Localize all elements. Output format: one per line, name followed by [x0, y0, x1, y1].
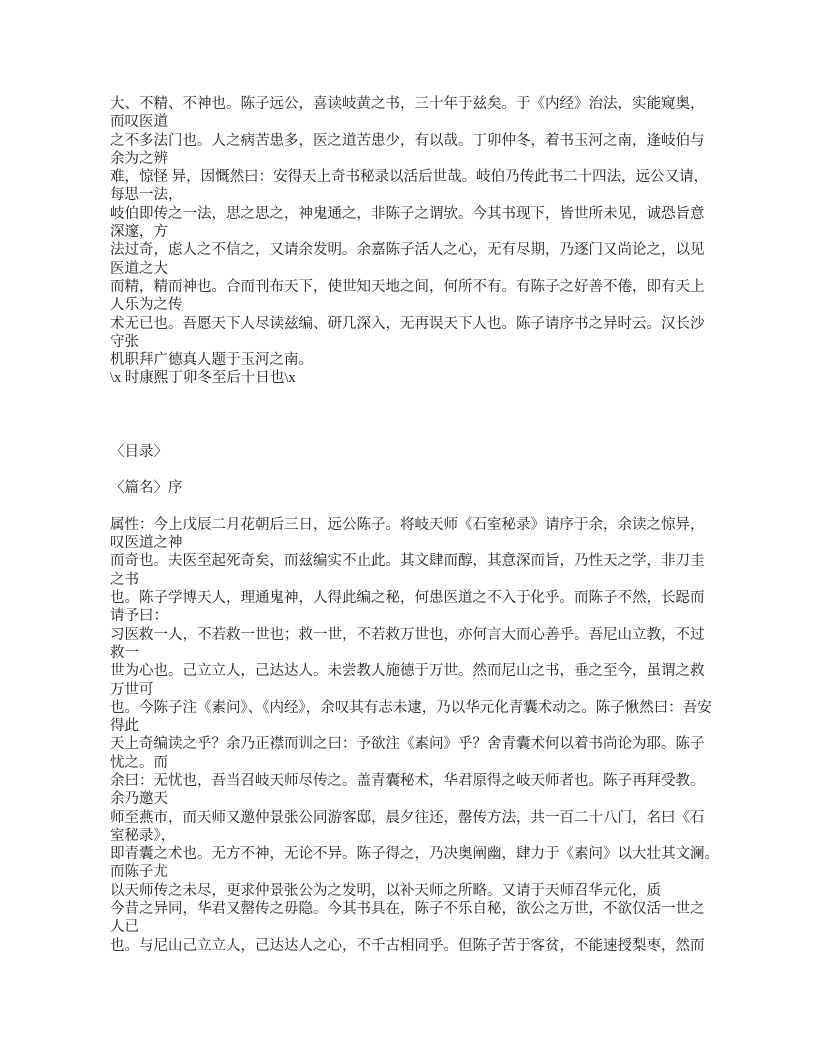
text-line: 深邃，方 — [110, 223, 750, 241]
document-page: 大、不精、不神也。陈子远公，喜读岐黄之书，三十年于兹矣。于《内经》治法，实能窥奥… — [110, 95, 750, 955]
text-line: 守张 — [110, 333, 750, 351]
text-line: 法过奇，虑人之不信之，又请余发明。余嘉陈子活人之心，无有尽期，乃逐门又尚论之，以… — [110, 241, 750, 259]
text-line: 大、不精、不神也。陈子远公，喜读岐黄之书，三十年于兹矣。于《内经》治法，实能窥奥… — [110, 95, 750, 113]
text-line: 也。陈子学博天人，理通鬼神，人得此编之秘，何患医道之不入于化乎。而陈子不然，长跽… — [110, 589, 750, 607]
text-line: 每思一法， — [110, 186, 750, 204]
text-line: 忧之。而 — [110, 754, 750, 772]
text-line: 今昔之异同，华君又罄传之毋隐。今其书具在，陈子不乐自秘，欲公之万世，不欲仅活一世… — [110, 900, 750, 918]
text-line: 得此 — [110, 717, 750, 735]
text-line: 请予曰： — [110, 607, 750, 625]
text-line: 救一 — [110, 644, 750, 662]
text-line: 习医救一人，不若救一世也；救一世，不若救万世也，亦何言大而心善乎。吾尼山立教，不… — [110, 626, 750, 644]
text-line: 之书 — [110, 571, 750, 589]
text-line: 也。与尼山己立立人，己达达人之心，不千古相同乎。但陈子苦于客贫，不能速授梨枣，然… — [110, 937, 750, 955]
text-line: 余为之辨 — [110, 150, 750, 168]
text-line: 天上奇编读之乎？余乃正襟而训之曰：予欲注《素问》乎？舍青囊术何以着书尚论为耶。陈… — [110, 735, 750, 753]
text-line: 室秘录》， — [110, 827, 750, 845]
text-line: 世为心也。己立立人，己达达人。未尝教人施德于万世。然而尼山之书，垂之至今，虽谓之… — [110, 662, 750, 680]
toc-heading: 〈目录〉 — [110, 443, 750, 461]
text-line: 叹医道之神 — [110, 534, 750, 552]
text-line: 机职拜广德真人题于玉河之南。 — [110, 351, 750, 369]
text-line: 万世可 — [110, 681, 750, 699]
text-line: \x 时康熙丁卯冬至后十日也\x — [110, 369, 750, 387]
text-line: 岐伯即传之一法，思之思之，神鬼通之，非陈子之谓欤。今其书现下，皆世所未见，诚恐旨… — [110, 205, 750, 223]
text-line: 余乃邀天 — [110, 790, 750, 808]
text-line: 而精，精而神也。合而刊布天下，使世知天地之间，何所不有。有陈子之好善不倦，即有天… — [110, 278, 750, 296]
text-line: 即青囊之术也。无方不神，无论不异。陈子得之，乃决奥阐幽，肆力于《素问》以大壮其文… — [110, 845, 750, 863]
text-line: 而陈子尤 — [110, 863, 750, 881]
text-line: 医道之大 — [110, 260, 750, 278]
text-line: 师至燕市，而天师又邀仲景张公同游客邸，晨夕往还，罄传方法，共一百二十八门，名曰《… — [110, 809, 750, 827]
text-line: 也。今陈子注《素问》、《内经》，余叹其有志未逮，乃以华元化青囊术动之。陈子愀然曰… — [110, 699, 750, 717]
text-line: 而叹医道 — [110, 113, 750, 131]
text-line: 难，惊怪 异，因慨然曰：安得天上奇书秘录以活后世哉。岐伯乃传此书二十四法，远公又… — [110, 168, 750, 186]
text-line: 属性：今上戊辰二月花朝后三日，远公陈子。将岐天师《石室秘录》请序于余，余读之惊异… — [110, 516, 750, 534]
chapter-heading: 〈篇名〉序 — [110, 479, 750, 497]
text-line: 术无已也。吾愿天下人尽读兹编、研几深入，无再误天下人也。陈子请序书之异时云。汉长… — [110, 315, 750, 333]
preface-body-text: 属性：今上戊辰二月花朝后三日，远公陈子。将岐天师《石室秘录》请序于余，余读之惊异… — [110, 516, 750, 955]
text-line: 而奇也。夫医至起死奇矣，而兹编实不止此。其文肆而醇，其意深而旨，乃性天之学，非刀… — [110, 552, 750, 570]
text-line: 之不多法门也。人之病苦患多，医之道苦患少，有以哉。丁卯仲冬，着书玉河之南，逢岐伯… — [110, 132, 750, 150]
preface-continuation-text: 大、不精、不神也。陈子远公，喜读岐黄之书，三十年于兹矣。于《内经》治法，实能窥奥… — [110, 95, 750, 388]
text-line: 人已 — [110, 918, 750, 936]
text-line: 以天师传之未尽，更求仲景张公为之发明，以补天师之所略。又请于天师召华元化，质 — [110, 882, 750, 900]
text-line: 余曰：无忧也，吾当召岐天师尽传之。盖青囊秘术，华君原得之岐天师者也。陈子再拜受教… — [110, 772, 750, 790]
text-line: 人乐为之传 — [110, 296, 750, 314]
